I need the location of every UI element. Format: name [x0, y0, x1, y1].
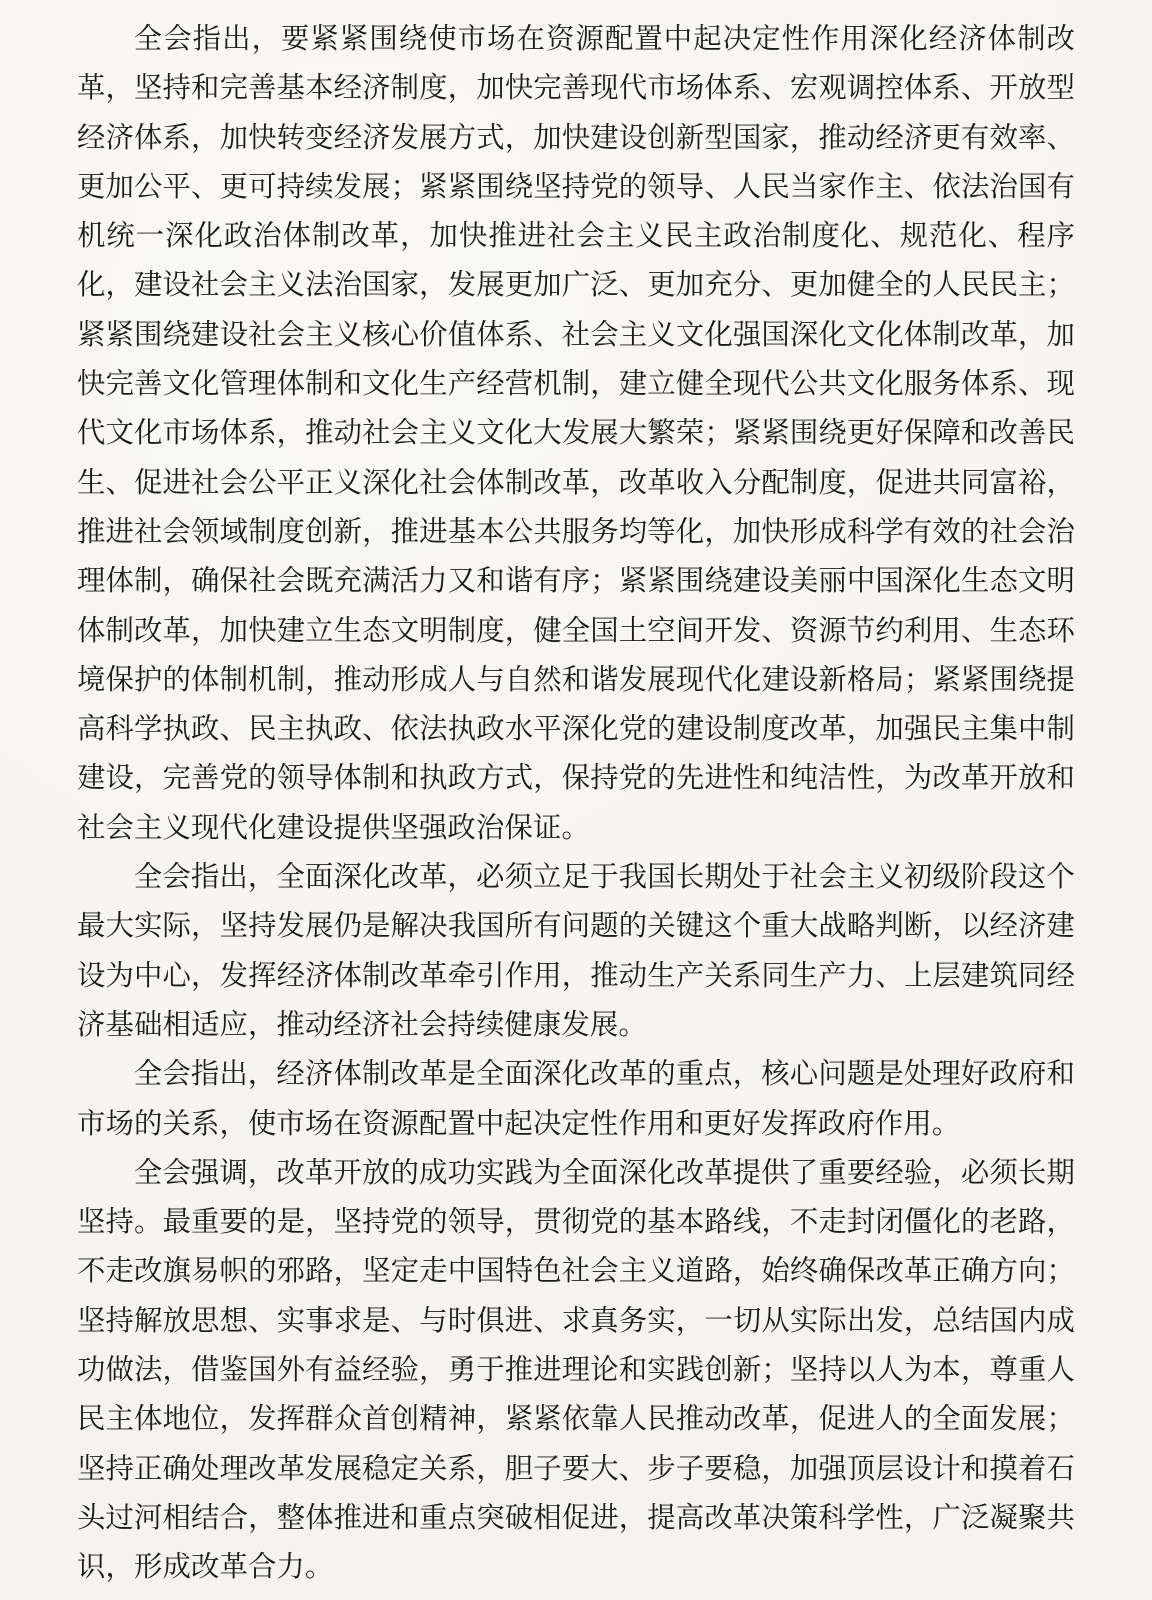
paragraph-primary-stage: 全会指出，全面深化改革，必须立足于我国长期处于社会主义初级阶段这个最大实际，坚持…	[77, 853, 1075, 1050]
paragraph-reform-experience: 全会强调，改革开放的成功实践为全面深化改革提供了重要经验，必须长期坚持。最重要的…	[77, 1149, 1075, 1593]
paragraph-economic-reform-focus: 全会指出，经济体制改革是全面深化改革的重点，核心问题是处理好政府和市场的关系，使…	[77, 1050, 1075, 1149]
paragraph-economic-political-reform: 全会指出，要紧紧围绕使市场在资源配置中起决定性作用深化经济体制改革，坚持和完善基…	[77, 15, 1075, 853]
document-page: 全会指出，要紧紧围绕使市场在资源配置中起决定性作用深化经济体制改革，坚持和完善基…	[0, 0, 1152, 1600]
